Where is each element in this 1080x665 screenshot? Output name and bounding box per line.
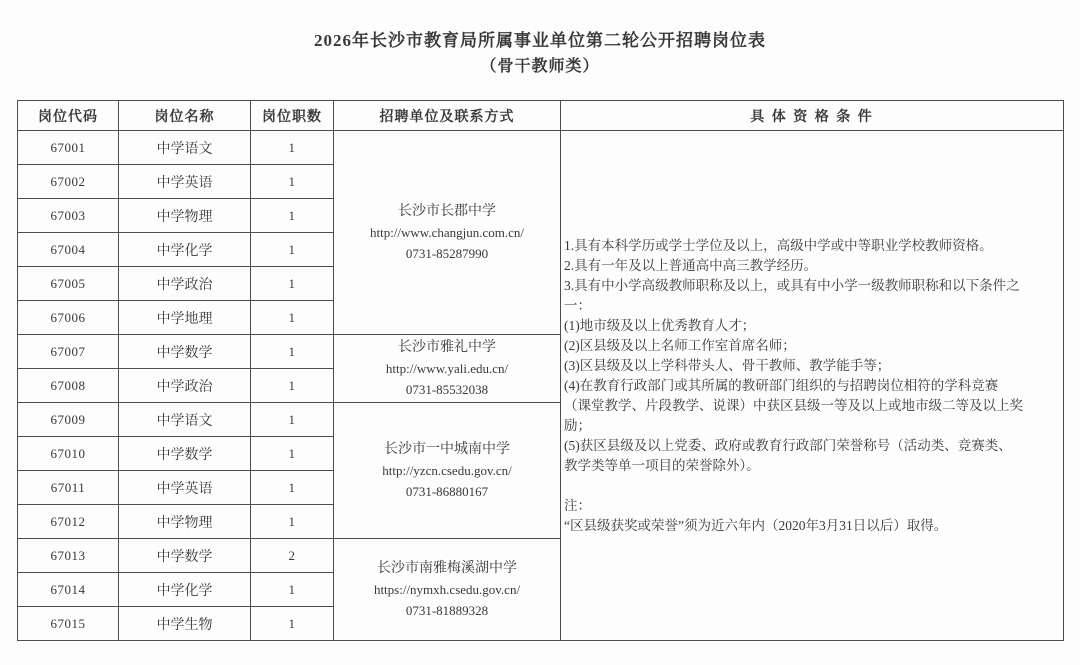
qualification-line: 励； (564, 416, 1055, 436)
position-code-cell: 67001 (18, 131, 119, 165)
position-code-cell: 67010 (18, 437, 119, 471)
school-phone: 0731-85532038 (334, 379, 560, 400)
column-header-school: 招聘单位及联系方式 (334, 101, 561, 131)
position-code-cell: 67004 (18, 233, 119, 267)
qualification-line: 1.具有本科学历或学士学位及以上，高级中学或中等职业学校教师资格。 (564, 236, 1055, 256)
position-name-cell: 中学物理 (119, 199, 251, 233)
position-count-cell: 1 (251, 233, 334, 267)
qualification-line: 2.具有一年及以上普通高中高三教学经历。 (564, 256, 1055, 276)
school-cell: 长沙市南雅梅溪湖中学 https://nymxh.csedu.gov.cn/ 0… (334, 539, 561, 641)
position-count-cell: 1 (251, 335, 334, 369)
position-name-cell: 中学数学 (119, 539, 251, 573)
school-phone: 0731-86880167 (334, 481, 560, 502)
position-code-cell: 67009 (18, 403, 119, 437)
table-header-row: 岗位代码 岗位名称 岗位职数 招聘单位及联系方式 具 体 资 格 条 件 (18, 101, 1064, 131)
position-count-cell: 1 (251, 607, 334, 641)
school-name: 长沙市南雅梅溪湖中学 (334, 558, 560, 579)
column-header-name: 岗位名称 (119, 101, 251, 131)
position-name-cell: 中学数学 (119, 335, 251, 369)
recruitment-table: 岗位代码 岗位名称 岗位职数 招聘单位及联系方式 具 体 资 格 条 件 670… (17, 100, 1064, 641)
position-name-cell: 中学语文 (119, 403, 251, 437)
position-code-cell: 67015 (18, 607, 119, 641)
qualification-line: (3)区县级及以上学科带头人、骨干教师、教学能手等； (564, 356, 1055, 376)
qualification-line: (4)在教育行政部门或其所属的教研部门组织的与招聘岗位相符的学科竞赛 (564, 376, 1055, 396)
position-name-cell: 中学政治 (119, 369, 251, 403)
school-cell: 长沙市长郡中学 http://www.changjun.com.cn/ 0731… (334, 131, 561, 335)
school-url: http://www.changjun.com.cn/ (334, 222, 560, 243)
qualification-line: 教学类等单一项目的荣誉除外）。 (564, 456, 1055, 476)
position-name-cell: 中学物理 (119, 505, 251, 539)
qualification-line: “区县级获奖或荣誉”须为近六年内（2020年3月31日以后）取得。 (564, 516, 1055, 536)
page-subtitle: （骨干教师类） (0, 54, 1080, 79)
school-url: https://nymxh.csedu.gov.cn/ (334, 579, 560, 600)
position-name-cell: 中学地理 (119, 301, 251, 335)
school-name: 长沙市雅礼中学 (334, 337, 560, 358)
position-name-cell: 中学语文 (119, 131, 251, 165)
school-phone: 0731-81889328 (334, 600, 560, 621)
position-code-cell: 67008 (18, 369, 119, 403)
qualification-line: (5)获区县级及以上党委、政府或教育行政部门荣誉称号（活动类、竞赛类、 (564, 436, 1055, 456)
school-cell: 长沙市雅礼中学 http://www.yali.edu.cn/ 0731-855… (334, 335, 561, 403)
position-count-cell: 1 (251, 573, 334, 607)
position-count-cell: 1 (251, 165, 334, 199)
column-header-count: 岗位职数 (251, 101, 334, 131)
school-url: http://www.yali.edu.cn/ (334, 358, 560, 379)
position-count-cell: 1 (251, 471, 334, 505)
position-count-cell: 1 (251, 301, 334, 335)
position-count-cell: 1 (251, 403, 334, 437)
position-count-cell: 1 (251, 199, 334, 233)
position-count-cell: 1 (251, 437, 334, 471)
position-name-cell: 中学数学 (119, 437, 251, 471)
school-name: 长沙市一中城南中学 (334, 439, 560, 460)
school-url: http://yzcn.csedu.gov.cn/ (334, 460, 560, 481)
position-code-cell: 67012 (18, 505, 119, 539)
qualification-line: （课堂教学、片段教学、说课）中获区县级一等及以上或地市级二等及以上奖 (564, 396, 1055, 416)
position-count-cell: 1 (251, 267, 334, 301)
position-code-cell: 67013 (18, 539, 119, 573)
position-count-cell: 1 (251, 131, 334, 165)
qualification-line (564, 476, 1055, 496)
qualification-line: 3.具有中小学高级教师职称及以上，或具有中小学一级教师职称和以下条件之 (564, 276, 1055, 296)
document-page: 2026年长沙市教育局所属事业单位第二轮公开招聘岗位表 （骨干教师类） 岗位代码… (0, 0, 1080, 665)
school-name: 长沙市长郡中学 (334, 201, 560, 222)
position-count-cell: 2 (251, 539, 334, 573)
school-cell: 长沙市一中城南中学 http://yzcn.csedu.gov.cn/ 0731… (334, 403, 561, 539)
column-header-code: 岗位代码 (18, 101, 119, 131)
qualifications-cell: 1.具有本科学历或学士学位及以上，高级中学或中等职业学校教师资格。 2.具有一年… (561, 131, 1064, 641)
qualification-line: 一： (564, 296, 1055, 316)
page-title: 2026年长沙市教育局所属事业单位第二轮公开招聘岗位表 (0, 28, 1080, 54)
position-code-cell: 67014 (18, 573, 119, 607)
position-name-cell: 中学生物 (119, 607, 251, 641)
position-code-cell: 67006 (18, 301, 119, 335)
table-row: 67001 中学语文 1 长沙市长郡中学 http://www.changjun… (18, 131, 1064, 165)
position-code-cell: 67002 (18, 165, 119, 199)
position-name-cell: 中学化学 (119, 233, 251, 267)
position-count-cell: 1 (251, 505, 334, 539)
qualification-line: (2)区县级及以上名师工作室首席名师； (564, 336, 1055, 356)
position-name-cell: 中学化学 (119, 573, 251, 607)
position-code-cell: 67005 (18, 267, 119, 301)
position-name-cell: 中学英语 (119, 165, 251, 199)
qualification-line: (1)地市级及以上优秀教育人才； (564, 316, 1055, 336)
school-phone: 0731-85287990 (334, 243, 560, 264)
position-code-cell: 67003 (18, 199, 119, 233)
column-header-qualifications: 具 体 资 格 条 件 (561, 101, 1064, 131)
position-name-cell: 中学政治 (119, 267, 251, 301)
position-code-cell: 67007 (18, 335, 119, 369)
position-name-cell: 中学英语 (119, 471, 251, 505)
position-count-cell: 1 (251, 369, 334, 403)
position-code-cell: 67011 (18, 471, 119, 505)
qualification-line: 注： (564, 496, 1055, 516)
